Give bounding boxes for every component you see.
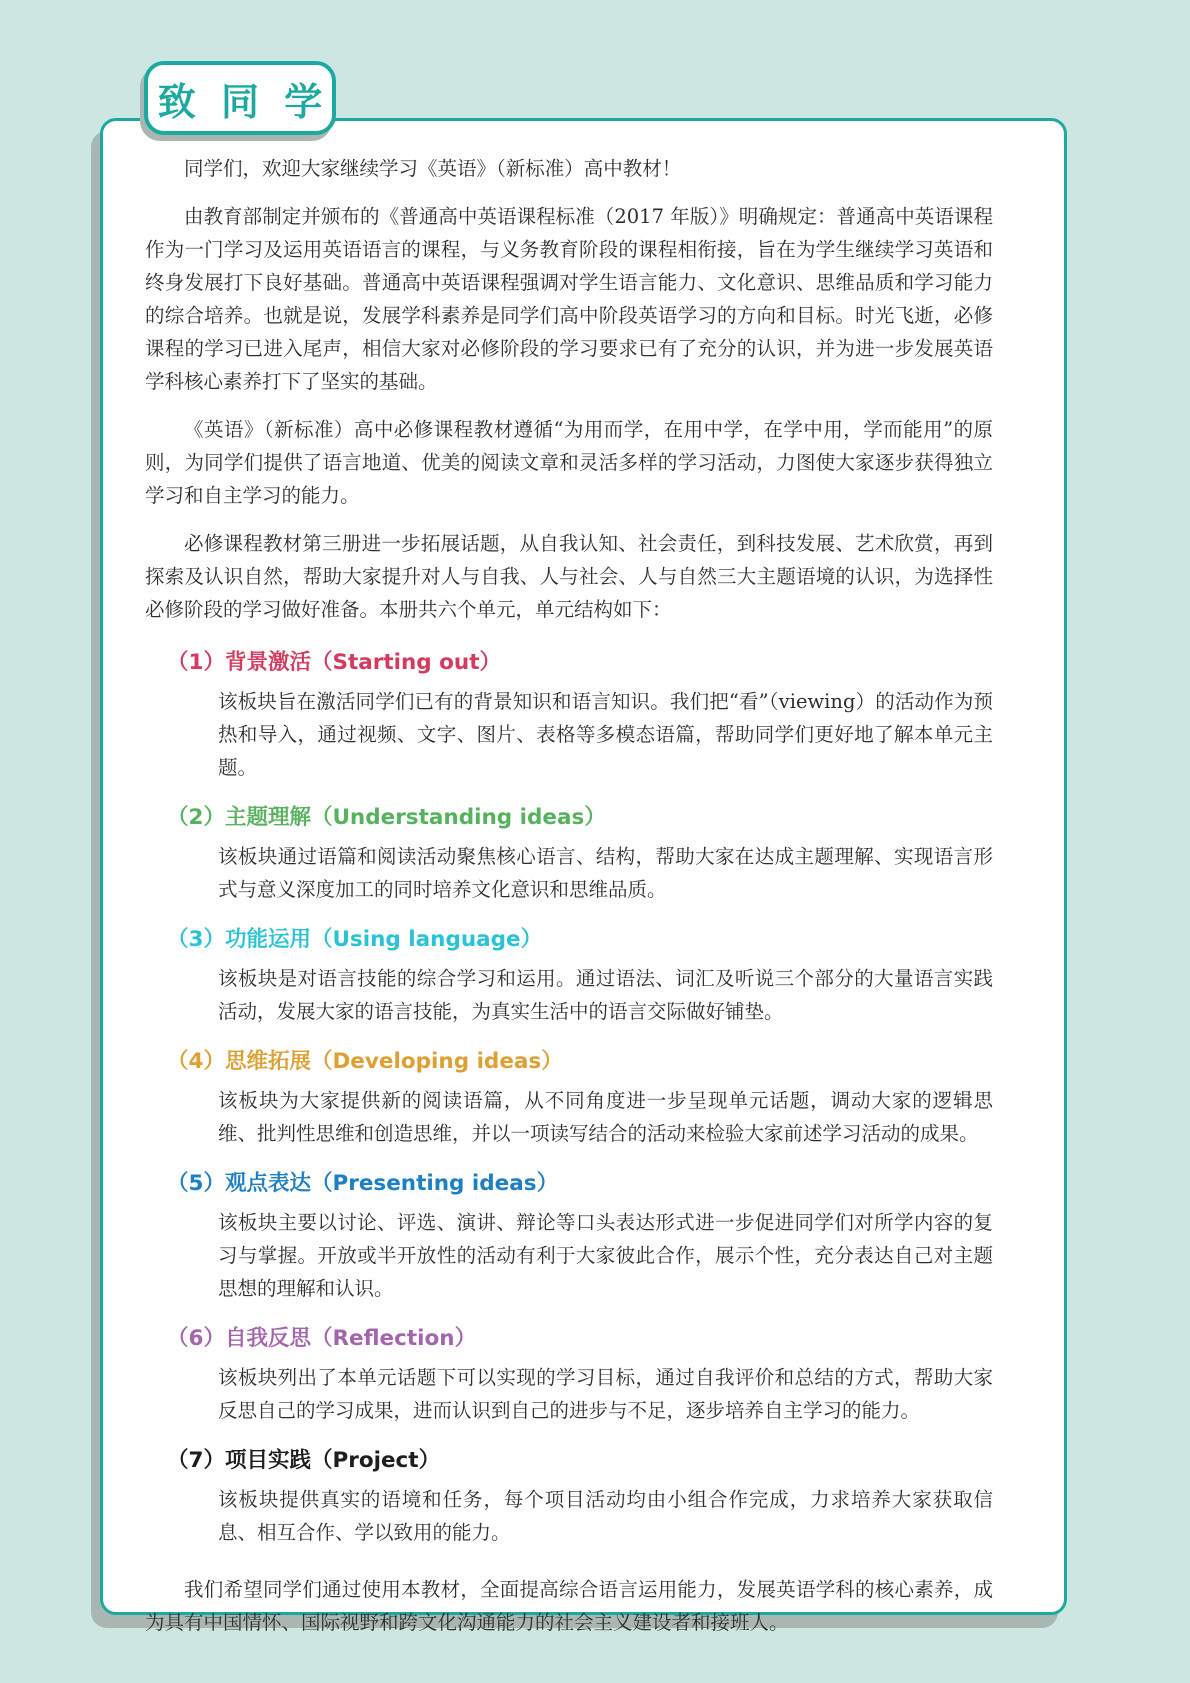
section-heading-starting-out: （1）背景激活（Starting out）: [167, 648, 993, 678]
closing-paragraph: 我们希望同学们通过使用本教材，全面提高综合语言运用能力，发展英语学科的核心素养，…: [145, 1573, 993, 1639]
section-body-presenting-ideas: 该板块主要以讨论、评选、演讲、辩论等口头表达形式进一步促进同学们对所学内容的复习…: [218, 1206, 993, 1305]
intro-paragraph-book3-overview: 必修课程教材第三册进一步拓展话题，从自我认知、社会责任，到科技发展、艺术欣赏，再…: [145, 527, 993, 626]
section-project: （7）项目实践（Project） 该板块提供真实的语境和任务，每个项目活动均由小…: [145, 1446, 993, 1549]
page-title: 致 同 学: [158, 71, 328, 126]
section-heading-project: （7）项目实践（Project）: [167, 1446, 993, 1476]
section-using-language: （3）功能运用（Using language） 该板块是对语言技能的综合学习和运…: [145, 925, 993, 1028]
section-heading-reflection: （6）自我反思（Reflection）: [167, 1324, 993, 1354]
intro-paragraph-curriculum-standard: 由教育部制定并颁布的《普通高中英语课程标准（2017 年版）》明确规定：普通高中…: [145, 200, 993, 398]
intro-paragraph-welcome: 同学们，欢迎大家继续学习《英语》（新标准）高中教材！: [145, 152, 993, 185]
section-heading-using-language: （3）功能运用（Using language）: [167, 925, 993, 955]
page-content: 同学们，欢迎大家继续学习《英语》（新标准）高中教材！ 由教育部制定并颁布的《普通…: [145, 152, 993, 1639]
section-body-project: 该板块提供真实的语境和任务，每个项目活动均由小组合作完成，力求培养大家获取信息、…: [218, 1483, 993, 1549]
page-title-badge: 致 同 学: [144, 61, 336, 135]
section-body-reflection: 该板块列出了本单元话题下可以实现的学习目标，通过自我评价和总结的方式，帮助大家反…: [218, 1361, 993, 1427]
textbook-page: 致 同 学 同学们，欢迎大家继续学习《英语》（新标准）高中教材！ 由教育部制定并…: [0, 0, 1190, 1683]
section-developing-ideas: （4）思维拓展（Developing ideas） 该板块为大家提供新的阅读语篇…: [145, 1047, 993, 1150]
section-understanding-ideas: （2）主题理解（Understanding ideas） 该板块通过语篇和阅读活…: [145, 803, 993, 906]
section-reflection: （6）自我反思（Reflection） 该板块列出了本单元话题下可以实现的学习目…: [145, 1324, 993, 1427]
section-heading-understanding-ideas: （2）主题理解（Understanding ideas）: [167, 803, 993, 833]
section-heading-developing-ideas: （4）思维拓展（Developing ideas）: [167, 1047, 993, 1077]
section-body-starting-out: 该板块旨在激活同学们已有的背景知识和语言知识。我们把“看”（viewing）的活…: [218, 685, 993, 784]
section-body-developing-ideas: 该板块为大家提供新的阅读语篇，从不同角度进一步呈现单元话题，调动大家的逻辑思维、…: [218, 1084, 993, 1150]
section-heading-presenting-ideas: （5）观点表达（Presenting ideas）: [167, 1169, 993, 1199]
section-starting-out: （1）背景激活（Starting out） 该板块旨在激活同学们已有的背景知识和…: [145, 648, 993, 784]
intro-paragraph-principles: 《英语》（新标准）高中必修课程教材遵循“为用而学，在用中学，在学中用，学而能用”…: [145, 413, 993, 512]
section-body-using-language: 该板块是对语言技能的综合学习和运用。通过语法、词汇及听说三个部分的大量语言实践活…: [218, 962, 993, 1028]
unit-structure-sections: （1）背景激活（Starting out） 该板块旨在激活同学们已有的背景知识和…: [145, 648, 993, 1549]
section-body-understanding-ideas: 该板块通过语篇和阅读活动聚焦核心语言、结构，帮助大家在达成主题理解、实现语言形式…: [218, 840, 993, 906]
section-presenting-ideas: （5）观点表达（Presenting ideas） 该板块主要以讨论、评选、演讲…: [145, 1169, 993, 1305]
